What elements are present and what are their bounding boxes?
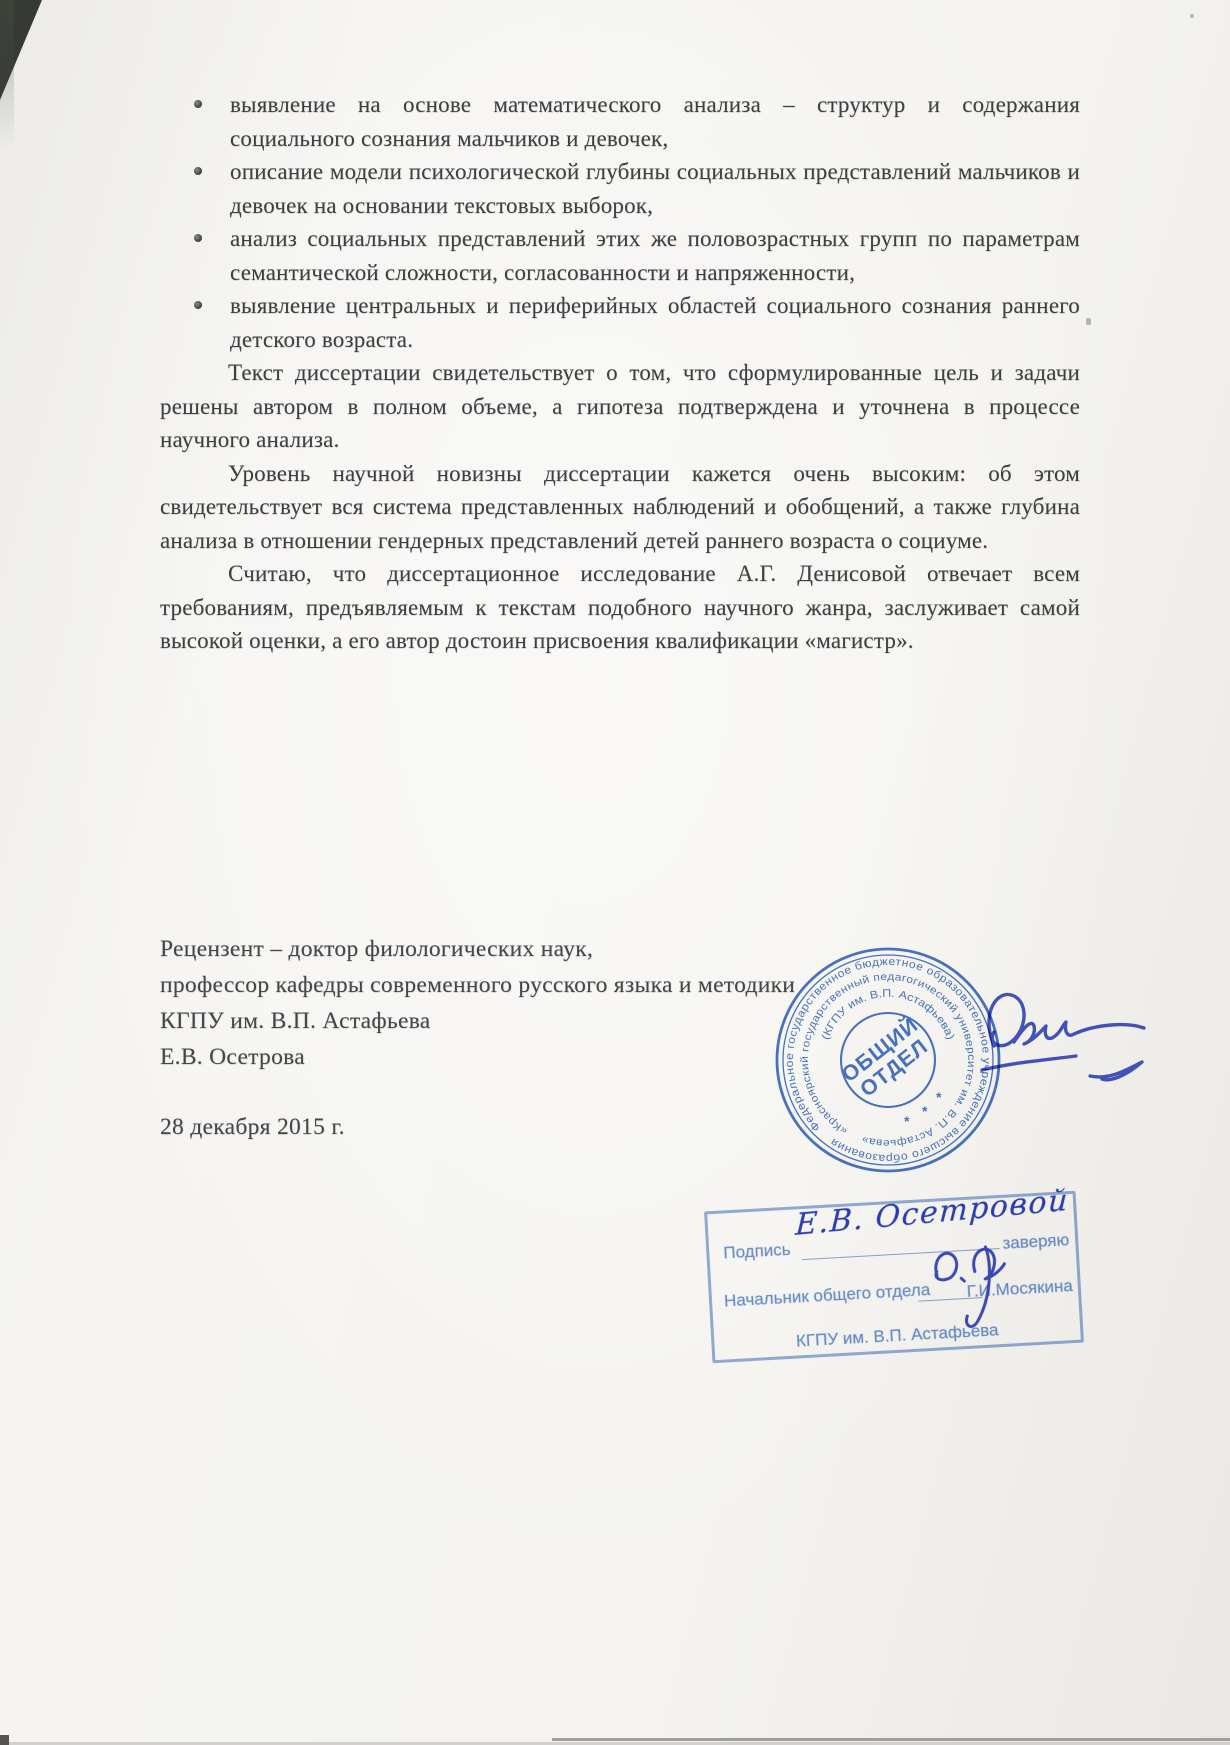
scan-speck [1190, 14, 1194, 18]
rect-certification-stamp: Подпись Е.В. Осетровой заверяю Начальник… [704, 1191, 1084, 1364]
bullet-dot-icon [194, 167, 202, 175]
paragraph: Уровень научной новизны диссертации каже… [160, 457, 1080, 558]
bullet-dot-icon [194, 100, 202, 108]
list-item-text: анализ социальных представлений этих же … [230, 226, 1080, 285]
list-item-text: выявление центральных и периферийных обл… [230, 293, 1080, 352]
list-item-text: выявление на основе математического анал… [230, 92, 1080, 151]
chief-signature-ink-icon [921, 1235, 1027, 1345]
body-text: выявление на основе математического анал… [160, 88, 1080, 658]
goals-list: выявление на основе математического анал… [160, 88, 1080, 356]
scan-bottom-line [552, 1738, 1230, 1741]
signature-ink-icon [972, 982, 1162, 1097]
stamp-star-icon: * [904, 1113, 910, 1129]
stamp-star-icon: * [936, 1089, 942, 1105]
bullet-dot-icon [194, 301, 202, 309]
scan-edge-shadow [0, 0, 14, 150]
scan-speck [1086, 318, 1091, 325]
list-item: анализ социальных представлений этих же … [230, 222, 1080, 289]
chief-label: Начальник общего отдела [724, 1280, 931, 1311]
list-item-text: описание модели психологической глубины … [230, 159, 1080, 218]
stamp-star-icon: * [922, 1103, 928, 1119]
list-item: выявление на основе математического анал… [230, 88, 1080, 155]
list-item: описание модели психологической глубины … [230, 155, 1080, 222]
scanned-review-page: { "document": { "bullets": [ "выявление … [0, 0, 1230, 1745]
paragraph: Считаю, что диссертационное исследование… [160, 557, 1080, 658]
paragraph: Текст диссертации свидетельствует о том,… [160, 356, 1080, 457]
signature-label: Подпись [723, 1240, 791, 1264]
bullet-dot-icon [194, 234, 202, 242]
list-item: выявление центральных и периферийных обл… [230, 289, 1080, 356]
scan-bottom-corner-mark [0, 1735, 9, 1745]
handwritten-signature [972, 982, 1162, 1097]
